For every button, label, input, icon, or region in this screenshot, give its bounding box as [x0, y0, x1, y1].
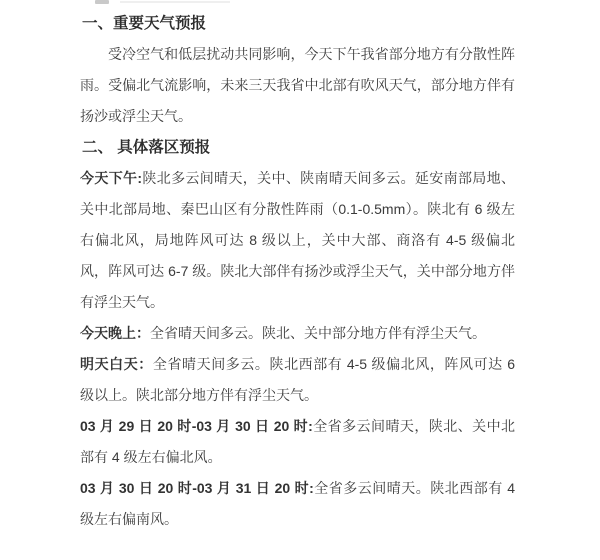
- forecast-lead-today-afternoon: 今天下午:: [80, 170, 142, 186]
- forecast-paragraph-mar30-31: 03 月 30 日 20 时-03 月 31 日 20 时:全省多云间晴天。陕北…: [80, 473, 515, 535]
- forecast-lead-mar30-31: 03 月 30 日 20 时-03 月 31 日 20 时:: [80, 480, 314, 496]
- clipped-text-artifact: [120, 1, 230, 3]
- forecast-lead-tonight: 今天晚上：: [80, 325, 150, 341]
- forecast-paragraph-tonight: 今天晚上：全省晴天间多云。陕北、关中部分地方伴有浮尘天气。: [80, 318, 515, 349]
- forecast-paragraph-today-afternoon: 今天下午:陕北多云间晴天，关中、陕南晴天间多云。延安南部局地、关中北部局地、秦巴…: [80, 163, 515, 318]
- weather-forecast-document: 一、重要天气预报 受冷空气和低层扰动共同影响，今天下午我省部分地方有分散性阵雨。…: [0, 0, 600, 560]
- forecast-paragraph-tomorrow-day: 明天白天：全省晴天间多云。陕北西部有 4-5 级偏北风，阵风可达 6 级以上。陕…: [80, 349, 515, 411]
- section1-heading: 一、重要天气预报: [80, 8, 515, 39]
- forecast-text-tonight: 全省晴天间多云。陕北、关中部分地方伴有浮尘天气。: [150, 325, 486, 341]
- forecast-text-today-afternoon: 陕北多云间晴天，关中、陕南晴天间多云。延安南部局地、关中北部局地、秦巴山区有分散…: [80, 170, 515, 310]
- document-content: 一、重要天气预报 受冷空气和低层扰动共同影响，今天下午我省部分地方有分散性阵雨。…: [0, 0, 600, 535]
- section2-heading: 二、 具体落区预报: [80, 132, 515, 163]
- forecast-lead-mar29-30: 03 月 29 日 20 时-03 月 30 日 20 时:: [80, 418, 313, 434]
- clipped-text-artifact: [95, 0, 109, 4]
- section1-paragraph: 受冷空气和低层扰动共同影响，今天下午我省部分地方有分散性阵雨。受偏北气流影响，未…: [80, 39, 515, 132]
- forecast-lead-tomorrow-day: 明天白天：: [80, 356, 153, 372]
- forecast-paragraph-mar29-30: 03 月 29 日 20 时-03 月 30 日 20 时:全省多云间晴天，陕北…: [80, 411, 515, 473]
